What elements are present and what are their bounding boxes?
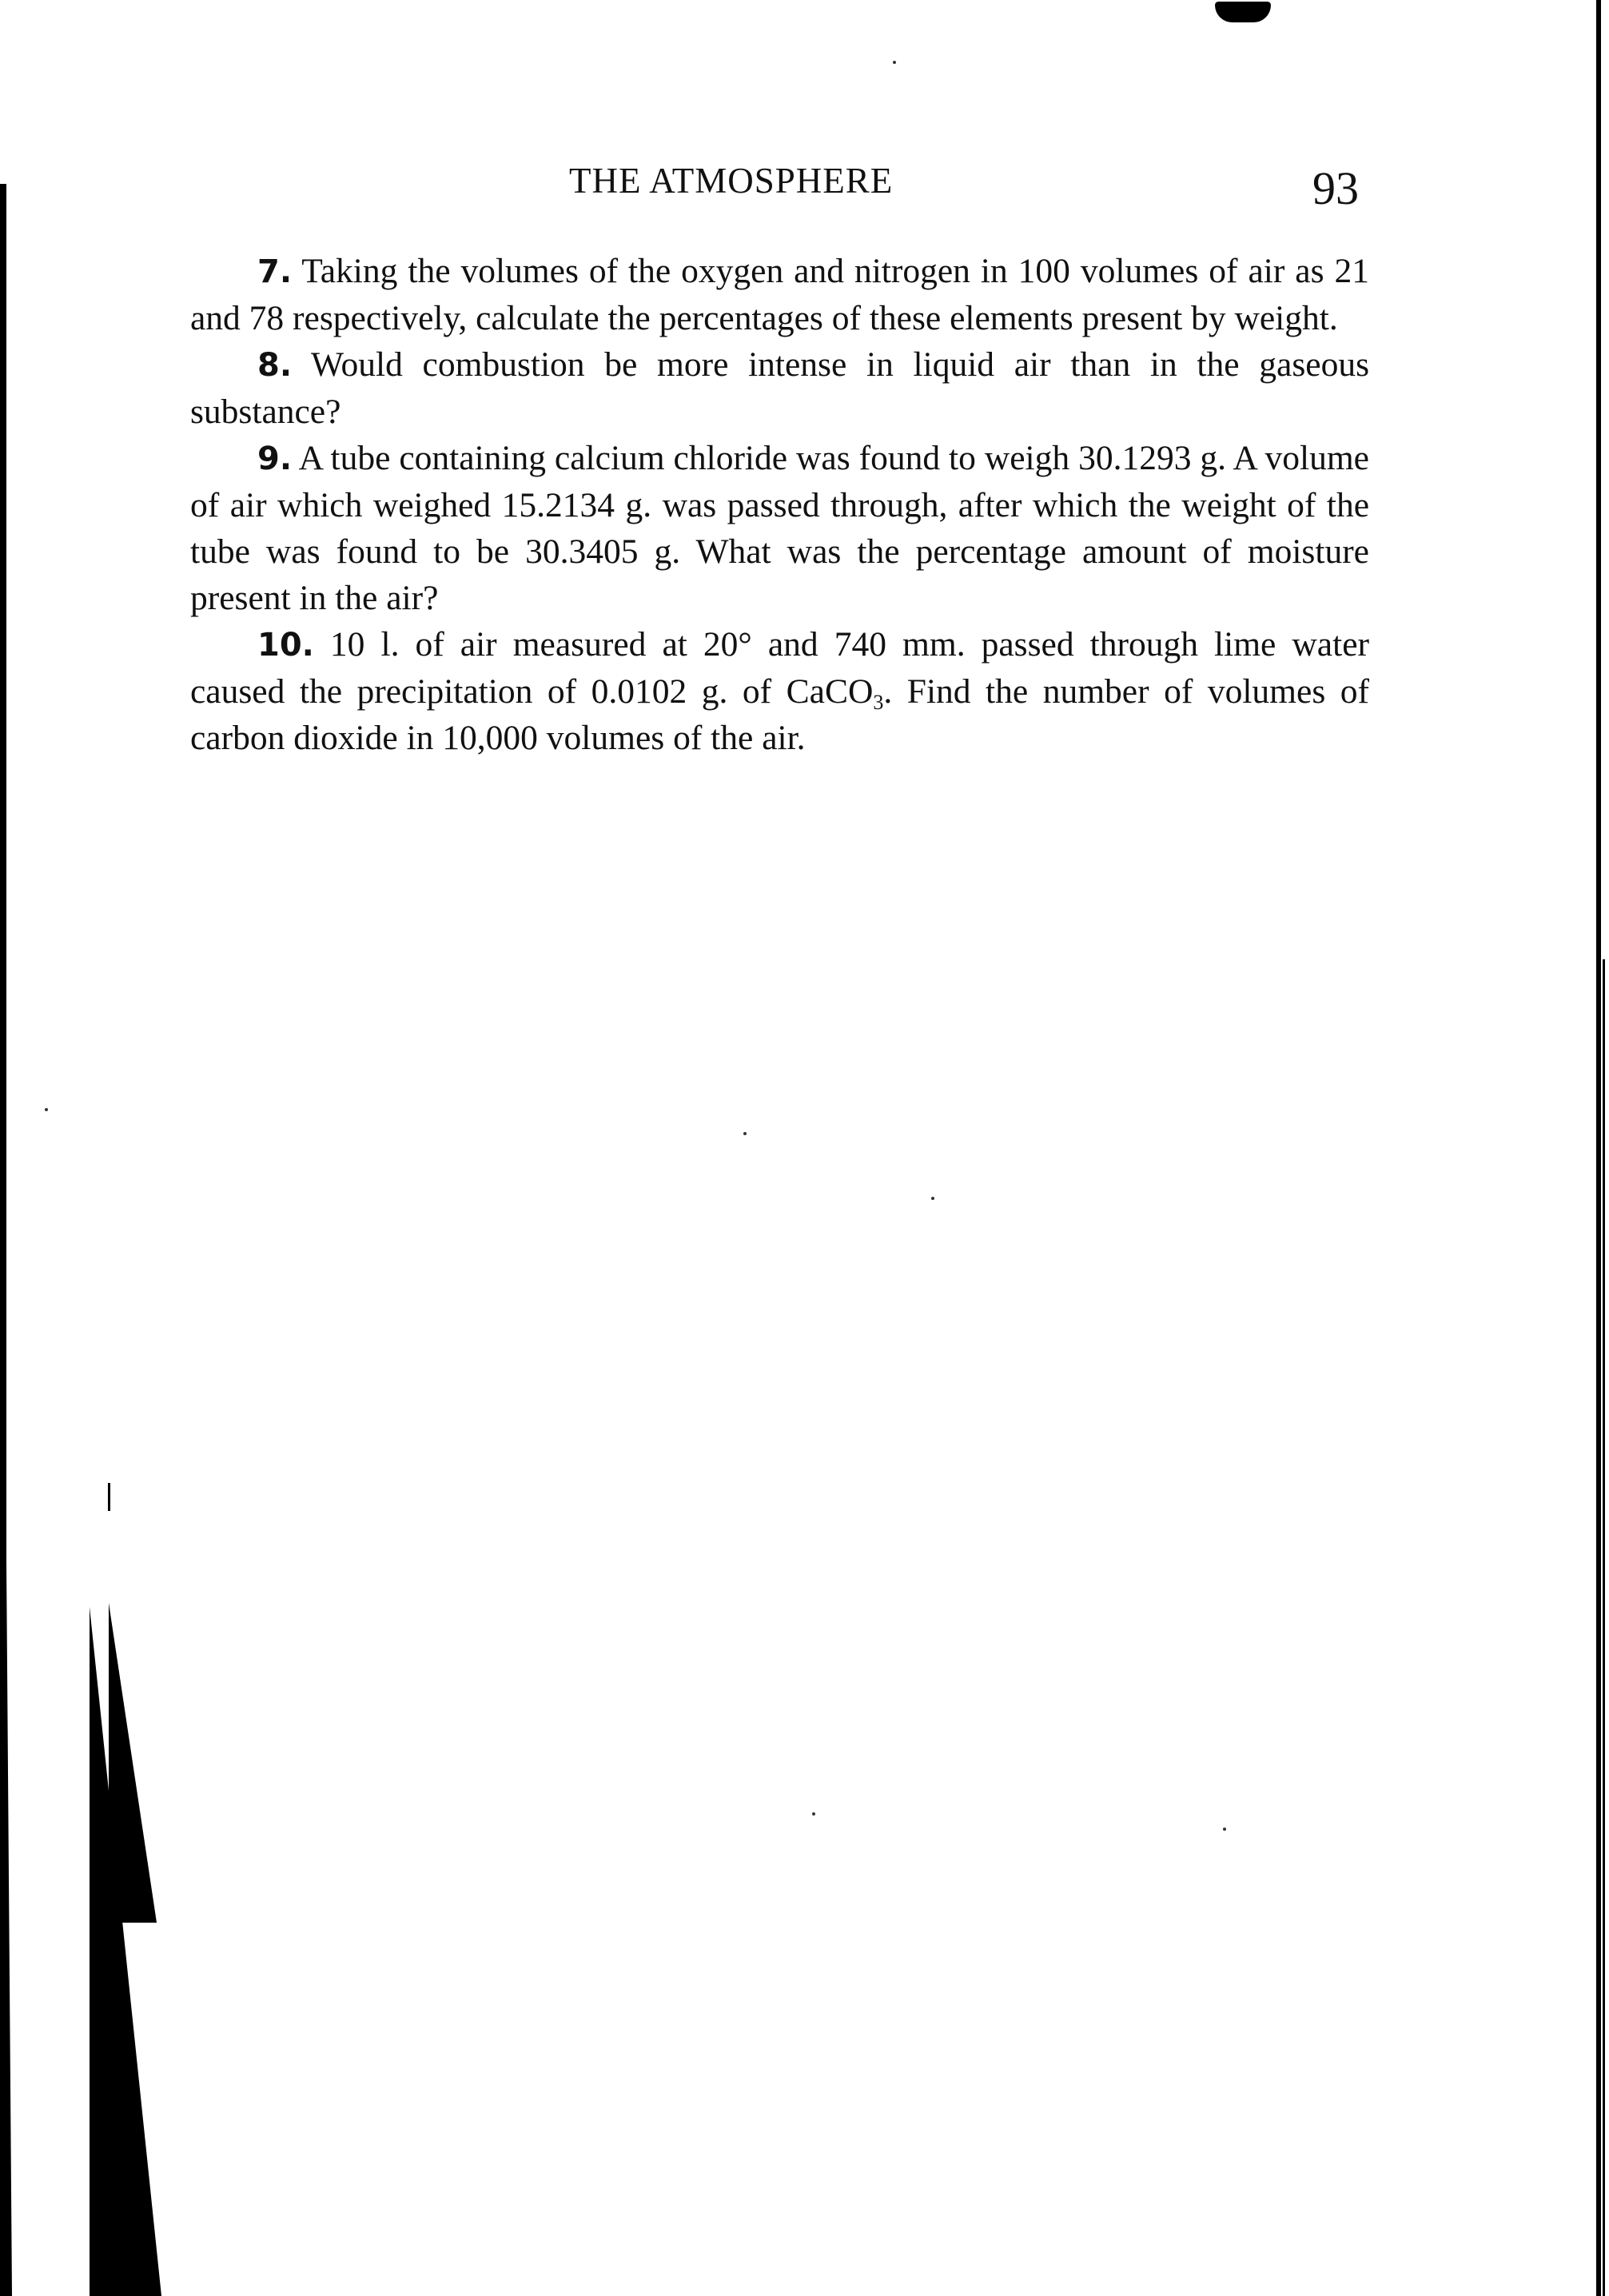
problem-number: 8. bbox=[257, 347, 292, 384]
scan-edge-right-inner bbox=[1603, 959, 1605, 2296]
problem-number: 7. bbox=[257, 253, 292, 290]
book-page: THE ATMOSPHERE 93 7. Taking the volumes … bbox=[0, 0, 1609, 2296]
subscript: 3 bbox=[873, 691, 883, 714]
speck bbox=[931, 1197, 934, 1200]
problem-number: 9. bbox=[257, 440, 292, 477]
problem-8: 8. Would combustion be more intense in l… bbox=[190, 341, 1369, 435]
exercise-list: 7. Taking the volumes of the oxygen and … bbox=[190, 248, 1369, 761]
problem-10: 10. 10 l. of air measured at 20° and 740… bbox=[190, 621, 1369, 761]
speck bbox=[743, 1132, 747, 1135]
problem-text: Would combustion be more intense in liqu… bbox=[190, 345, 1369, 431]
scan-binding-shadow-inner bbox=[109, 1603, 157, 1923]
speck bbox=[893, 61, 896, 64]
running-title: THE ATMOSPHERE bbox=[569, 160, 893, 201]
page-number: 93 bbox=[1312, 161, 1359, 215]
scan-mark bbox=[108, 1483, 110, 1511]
speck bbox=[1223, 1828, 1226, 1831]
speck bbox=[45, 1108, 48, 1111]
problem-text: Taking the volumes of the oxygen and nit… bbox=[190, 252, 1369, 337]
problem-9: 9. A tube containing calcium chloride wa… bbox=[190, 435, 1369, 621]
running-head: THE ATMOSPHERE 93 bbox=[0, 160, 1609, 216]
speck bbox=[812, 1812, 815, 1816]
problem-text: A tube containing calcium chloride was f… bbox=[190, 439, 1369, 617]
scan-edge-right bbox=[1596, 0, 1601, 2296]
scan-edge-left-shadow bbox=[2, 1039, 12, 2296]
ink-blot bbox=[1215, 2, 1271, 22]
problem-number: 10. bbox=[257, 627, 314, 664]
problem-7: 7. Taking the volumes of the oxygen and … bbox=[190, 248, 1369, 341]
